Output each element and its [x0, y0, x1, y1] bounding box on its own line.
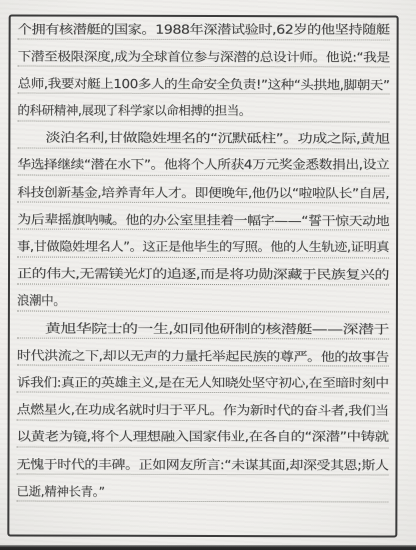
handwritten-text: 科技创新基金,培养青年人才。即便晚年,他仍以“啦啦队长”自居, [17, 186, 389, 201]
text-line: 总师,我要对艇上100多人的生命安全负责!”这种“头拱地,脚朝天” [17, 67, 389, 95]
handwritten-text: 黄旭华院士的一生,如同他研制的核潜艇——深潜于 [45, 322, 389, 337]
text-line: 正的伟大,无需镁光灯的追逐,而是将功勋深藏于民族复兴的 [17, 257, 389, 285]
handwritten-text: 为后辈摇旗呐喊。他的办公室里挂着一幅字——“誓干惊天动地 [17, 213, 389, 229]
handwritten-text: 正的伟大,无需镁光灯的追逐,而是将功勋深藏于民族复兴的 [17, 268, 389, 284]
text-line: 时代洪流之下,却以无声的力量托举起民族的尊严。他的故事告 [17, 339, 389, 367]
text-line: 诉我们:真正的英雄主义,是在无人知晓处坚守初心,在至暗时刻中 [17, 366, 389, 394]
handwritten-text: 华选择继续“潜在水下”。他将个人所获4万元奖金悉数捐出,设立 [17, 159, 389, 174]
text-line: 事,甘做隐姓埋名人”。这正是他毕生的写照。他的人生轨迹,证明真 [17, 230, 389, 258]
text-line: 淡泊名利,甘做隐姓埋名的“沉默砥柱”。功成之际,黄旭 [17, 121, 389, 149]
text-line: 华选择继续“潜在水下”。他将个人所获4万元奖金悉数捐出,设立 [17, 148, 389, 176]
handwritten-text: 无愧于时代的丰碑。正如网友所言:“未谋其面,却深受其恩;斯人 [16, 458, 388, 473]
handwritten-text: 事,甘做隐姓埋名人”。这正是他毕生的写照。他的人生轨迹,证明真 [17, 241, 389, 256]
handwritten-text: 下潜至极限深度,成为全球首位参与深潜的总设计师。他说:“我是 [18, 50, 390, 65]
text-line: 下潜至极限深度,成为全球首位参与深潜的总设计师。他说:“我是 [18, 40, 390, 68]
notebook-page-photo: 个拥有核潜艇的国家。1988年深潜试验时,62岁的他坚持随艇 下潜至极限深度,成… [0, 0, 416, 550]
text-line: 的科研精神,展现了科学家以命相搏的担当。 [17, 94, 389, 122]
handwritten-text: 已逝,精神长青。” [16, 485, 104, 500]
page-border-frame: 个拥有核潜艇的国家。1988年深潜试验时,62岁的他坚持随艇 下潜至极限深度,成… [7, 14, 398, 537]
text-line: 点燃星火,在功成名就时归于平凡。作为新时代的奋斗者,我们当 [17, 393, 389, 421]
handwritten-lines: 个拥有核潜艇的国家。1988年深潜试验时,62岁的他坚持随艇 下潜至极限深度,成… [9, 16, 396, 535]
handwritten-text: 淡泊名利,甘做隐姓埋名的“沉默砥柱”。功成之际,黄旭 [45, 132, 389, 148]
photo-bottom-edge [0, 545, 416, 550]
text-line: 个拥有核潜艇的国家。1988年深潜试验时,62岁的他坚持随艇 [18, 17, 390, 41]
handwritten-text: 诉我们:真正的英雄主义,是在无人知晓处坚守初心,在至暗时刻中 [17, 376, 389, 391]
text-line: 以黄老为镜,将个人理想融入国家伟业,在各自的“深潜”中铸就 [17, 420, 389, 448]
text-line: 无愧于时代的丰碑。正如网友所言:“未谋其面,却深受其恩;斯人 [16, 447, 388, 475]
text-line: 浪潮中。 [17, 284, 389, 312]
text-line: 为后辈摇旗呐喊。他的办公室里挂着一幅字——“誓干惊天动地 [17, 203, 389, 231]
text-line: 科技创新基金,培养青年人才。即便晚年,他仍以“啦啦队长”自居, [17, 175, 389, 203]
handwritten-text: 时代洪流之下,却以无声的力量托举起民族的尊严。他的故事告 [17, 349, 389, 365]
handwritten-text: 总师,我要对艇上100多人的生命安全负责!”这种“头拱地,脚朝天” [17, 77, 389, 93]
handwritten-text: 点燃星火,在功成名就时归于平凡。作为新时代的奋斗者,我们当 [17, 404, 389, 420]
text-line: 黄旭华院士的一生,如同他研制的核潜艇——深潜于 [17, 311, 389, 339]
handwritten-text: 个拥有核潜艇的国家。1988年深潜试验时,62岁的他坚持随艇 [18, 23, 390, 38]
text-line: 已逝,精神长青。” [16, 475, 388, 503]
handwritten-text: 的科研精神,展现了科学家以命相搏的担当。 [17, 105, 251, 120]
handwritten-text: 浪潮中。 [17, 295, 65, 310]
handwritten-text: 以黄老为镜,将个人理想融入国家伟业,在各自的“深潜”中铸就 [17, 431, 389, 446]
